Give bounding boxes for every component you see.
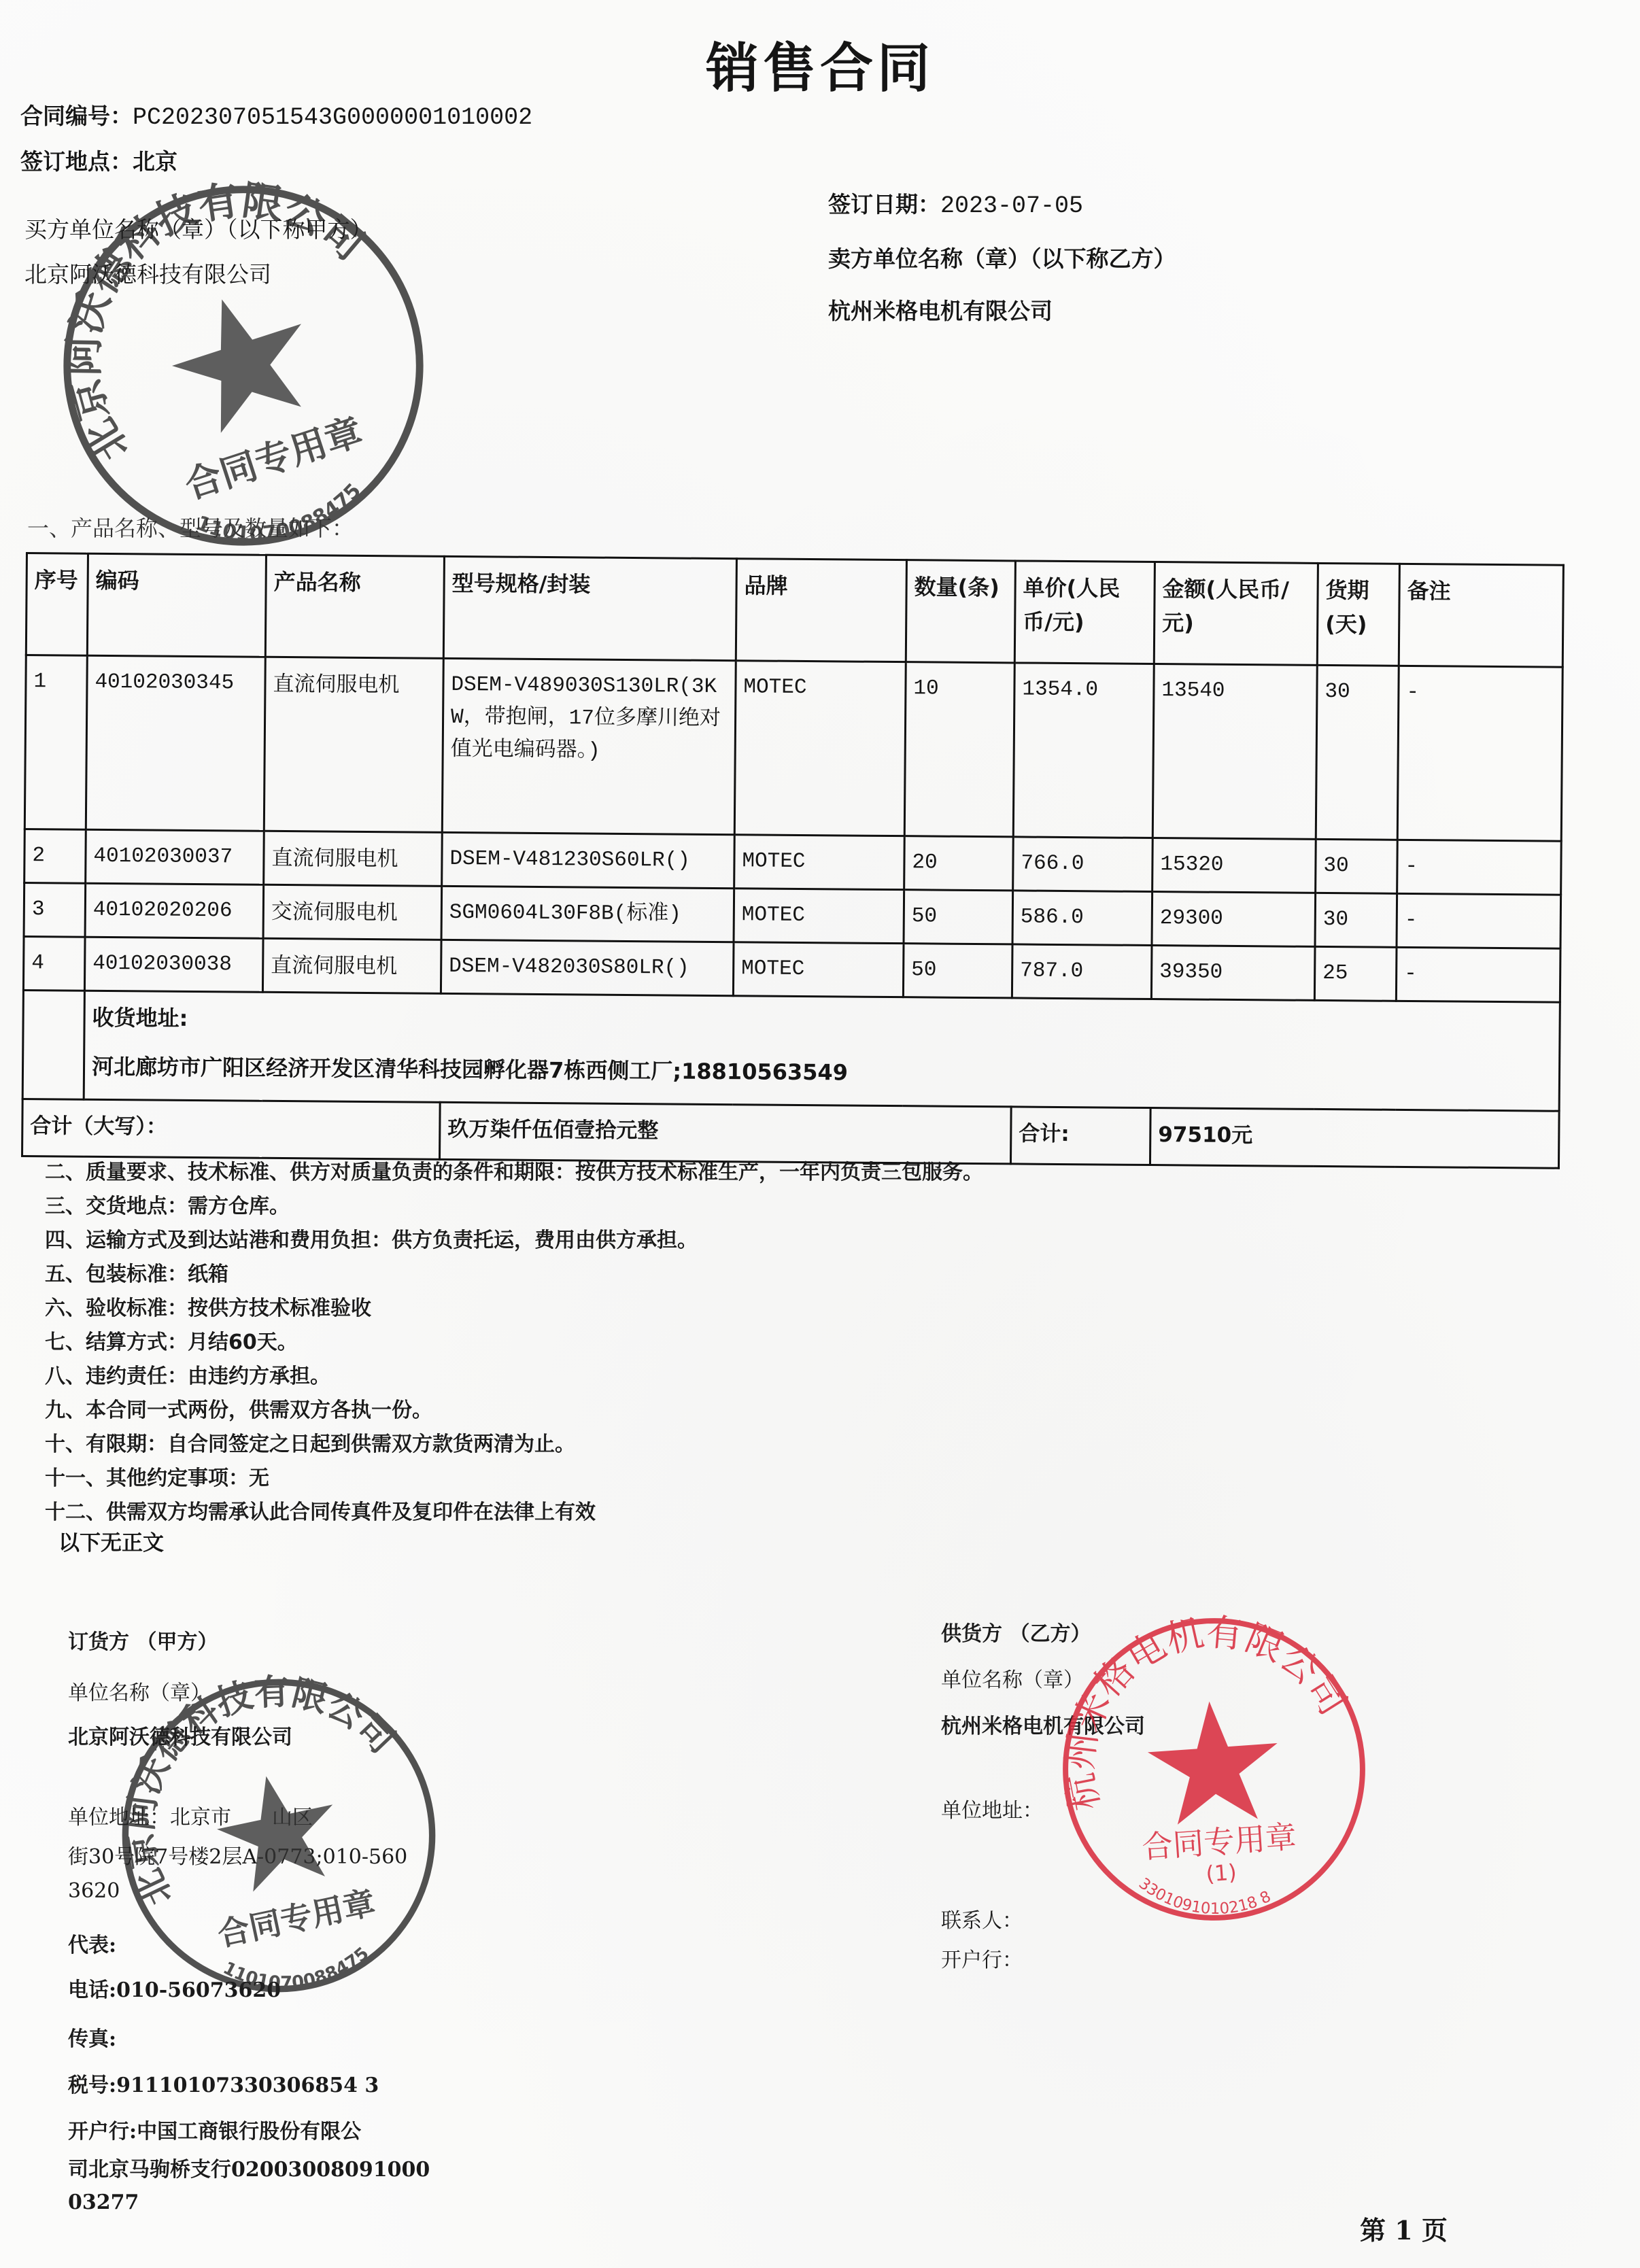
cell-name: 交流伺服电机 — [263, 884, 442, 940]
buyer-bank-label: 开户行: — [68, 2120, 137, 2144]
cell-remark: - — [1397, 666, 1562, 841]
col-header-unit-price: 单价(人民币/元) — [1014, 561, 1155, 664]
buyer-rep-label: 代表: — [68, 1928, 116, 1958]
term-item: 十一、其他约定事项：无 — [45, 1462, 983, 1496]
signing-place-value: 北京 — [133, 148, 177, 175]
term-item: 五、包装标准：纸箱 — [45, 1258, 983, 1292]
buyer-address: 单位地址：北京市 山区 — [68, 1800, 313, 1830]
signing-date: 签订日期：2023-07-05 — [828, 187, 1083, 220]
signing-date-label: 签订日期： — [828, 191, 940, 218]
col-header-remark: 备注 — [1399, 564, 1563, 667]
svg-text:合同专用章: 合同专用章 — [180, 410, 367, 507]
buyer-phone-label: 电话: — [68, 1978, 116, 2002]
cell-model: DSEM-V482030S80LR() — [441, 940, 734, 995]
seller-label: 卖方单位名称（章）（以下称乙方） — [828, 241, 1176, 273]
cell-code: 40102030037 — [86, 829, 264, 884]
signing-place-label: 签订地点： — [20, 148, 133, 175]
contract-terms: 二、质量要求、技术标准、供方对质量负责的条件和期限：按供方技术标准生产，一年内负… — [45, 1156, 983, 1530]
term-item: 四、运输方式及到达站港和费用负担：供方负责托运，费用由供方承担。 — [45, 1224, 983, 1258]
delivery-address-row: 收货地址: 河北廊坊市广阳区经济开发区清华科技园孵化器7栋西侧工厂;188105… — [22, 991, 1560, 1112]
cell-no: 2 — [24, 829, 86, 883]
cell-no: 4 — [23, 937, 85, 991]
total-upper-label: 合计（大写）： — [22, 1099, 441, 1160]
col-header-name: 产品名称 — [265, 555, 444, 658]
cell-name: 直流伺服电机 — [262, 938, 441, 993]
buyer-unit-name: 北京阿沃德科技有限公司 — [68, 1720, 292, 1750]
buyer-tax: 税号:91110107330306854 3 — [68, 2068, 379, 2098]
cell-brand: MOTEC — [734, 661, 906, 836]
total-value: 97510元 — [1150, 1108, 1559, 1169]
col-header-lead-time: 货期(天) — [1317, 563, 1399, 666]
col-header-model: 型号规格/封装 — [443, 556, 736, 660]
seller-block-heading: 供货方 （乙方） — [941, 1617, 1091, 1647]
cell-name: 直流伺服电机 — [264, 831, 443, 886]
delivery-address-label: 收货地址: — [92, 1001, 1552, 1046]
product-table: 序号 编码 产品名称 型号规格/封装 品牌 数量(条) 单价(人民币/元) 金额… — [21, 552, 1562, 1169]
end-of-text-note: 以下无正文 — [58, 1526, 164, 1556]
contract-number: 合同编号：PC202307051543G0000001010002 — [20, 99, 532, 131]
cell-brand: MOTEC — [734, 889, 904, 944]
cell-qty: 10 — [904, 662, 1014, 837]
term-item: 三、交货地点：需方仓库。 — [45, 1190, 983, 1224]
cell-qty: 20 — [904, 836, 1014, 891]
cell-unit-price: 1354.0 — [1013, 663, 1154, 838]
buyer-fax-label: 传真: — [68, 2022, 116, 2052]
col-header-qty: 数量(条) — [906, 560, 1015, 663]
buyer-block-heading: 订货方 （甲方） — [68, 1625, 218, 1655]
col-header-amount: 金额(人民币/元) — [1154, 562, 1318, 666]
table-row: 1 40102030345 直流伺服电机 DSEM-V489030S130LR(… — [24, 655, 1562, 842]
cell-code: 40102030038 — [84, 937, 263, 992]
buyer-address-label: 单位地址： — [68, 1806, 170, 1829]
col-header-code: 编码 — [87, 553, 266, 657]
total-upper-value: 玖万柒仟伍佰壹拾元整 — [440, 1102, 1012, 1164]
buyer-label: 买方单位名称（章）（以下称甲方） — [24, 212, 373, 244]
cell-brand: MOTEC — [733, 942, 904, 997]
section-products-heading: 一、产品名称、型号及数量如下： — [27, 511, 354, 543]
buyer-bank-line1: 中国工商银行股份有限公 — [137, 2120, 361, 2144]
buyer-tax-label: 税号: — [68, 2074, 116, 2097]
seller-name: 杭州米格电机有限公司 — [828, 294, 1053, 326]
contract-number-label: 合同编号： — [20, 103, 133, 129]
cell-amount: 13540 — [1152, 664, 1317, 840]
cell-remark: - — [1397, 840, 1562, 895]
cell-lead-time: 30 — [1316, 839, 1398, 893]
buyer-bank: 开户行:中国工商银行股份有限公 — [68, 2114, 361, 2144]
address-spacer-cell — [22, 991, 84, 1100]
cell-remark: - — [1397, 893, 1561, 948]
signing-date-value: 2023-07-05 — [940, 192, 1083, 220]
cell-model: DSEM-V481230S60LR() — [442, 832, 735, 888]
buyer-bank-line2: 司北京马驹桥支行02003008091000 — [68, 2152, 430, 2182]
cell-code: 40102030345 — [86, 655, 265, 831]
col-header-no: 序号 — [26, 553, 88, 656]
seller-bank-label: 开户行： — [941, 1943, 1023, 1973]
cell-unit-price: 586.0 — [1012, 891, 1152, 946]
seller-address-label: 单位地址： — [941, 1793, 1043, 1823]
term-item: 二、质量要求、技术标准、供方对质量负责的条件和期限：按供方技术标准生产，一年内负… — [45, 1156, 983, 1190]
buyer-address-line3: 3620 — [68, 1879, 120, 1903]
buyer-tax-value: 91110107330306854 3 — [116, 2074, 379, 2097]
cell-unit-price: 787.0 — [1012, 944, 1152, 999]
cell-no: 3 — [24, 883, 86, 938]
table-header-row: 序号 编码 产品名称 型号规格/封装 品牌 数量(条) 单价(人民币/元) 金额… — [26, 553, 1563, 668]
svg-text:北京阿沃德科技有限公司: 北京阿沃德科技有限公司 — [13, 135, 415, 472]
cell-qty: 50 — [904, 890, 1013, 944]
cell-name: 直流伺服电机 — [264, 657, 443, 832]
cell-lead-time: 30 — [1316, 665, 1399, 840]
cell-remark: - — [1396, 947, 1560, 1002]
buyer-address-line2: 街30号院7号楼2层A-0773;010-560 — [68, 1840, 407, 1870]
buyer-phone: 电话:010-56073620 — [68, 1973, 281, 2003]
page-number: 第 1 页 — [1360, 2210, 1448, 2247]
cell-model: SGM0604L30F8B(标准) — [441, 886, 734, 942]
buyer-phone-value: 010-56073620 — [116, 1978, 281, 2002]
term-item: 六、验收标准：按供方技术标准验收 — [45, 1292, 983, 1326]
term-item: 十、有限期：自合同签定之日起到供需双方款货两清为止。 — [45, 1428, 983, 1462]
delivery-address-value: 河北廊坊市广阳区经济开发区清华科技园孵化器7栋西侧工厂;18810563549 — [92, 1050, 1552, 1095]
cell-amount: 15320 — [1152, 838, 1316, 893]
signing-place: 签订地点：北京 — [20, 144, 177, 176]
buyer-signature-block: 订货方 （甲方） 单位名称（章） 北京阿沃德科技有限公司 单位地址：北京市 山区… — [68, 1625, 449, 2203]
term-item: 七、结算方式：月结60天。 — [45, 1326, 983, 1360]
delivery-address-cell: 收货地址: 河北廊坊市广阳区经济开发区清华科技园孵化器7栋西侧工厂;188105… — [84, 991, 1560, 1111]
col-header-brand: 品牌 — [736, 559, 906, 662]
seller-unit-name: 杭州米格电机有限公司 — [941, 1709, 1145, 1739]
document-title: 销售合同 — [0, 26, 1640, 102]
cell-lead-time: 30 — [1315, 893, 1397, 947]
cell-unit-price: 766.0 — [1013, 837, 1153, 892]
cell-qty: 50 — [903, 944, 1012, 998]
seller-contact-label: 联系人： — [941, 1904, 1023, 1934]
contract-number-value: PC202307051543G0000001010002 — [133, 104, 532, 131]
buyer-unit-name-label: 单位名称（章） — [68, 1676, 211, 1706]
total-label: 合计: — [1010, 1107, 1150, 1165]
buyer-bank-line3: 03277 — [68, 2190, 139, 2214]
term-item: 十二、供需双方均需承认此合同传真件及复印件在法律上有效 — [45, 1496, 983, 1530]
buyer-name: 北京阿沃德科技有限公司 — [24, 257, 271, 289]
cell-amount: 29300 — [1152, 892, 1316, 947]
cell-lead-time: 25 — [1314, 947, 1397, 1001]
term-item: 九、本合同一式两份，供需双方各执一份。 — [45, 1394, 983, 1428]
term-item: 八、违约责任：由违约方承担。 — [45, 1360, 983, 1394]
cell-brand: MOTEC — [734, 835, 905, 890]
cell-model: DSEM-V489030S130LR(3KW，带抱闸，17位多摩川绝对值光电编码… — [442, 658, 736, 834]
cell-amount: 39350 — [1151, 946, 1315, 1001]
seller-signature-block: 供货方 （乙方） 单位名称（章） 杭州米格电机有限公司 单位地址： 联系人： 开… — [941, 1617, 1485, 1997]
cell-code: 40102020206 — [85, 883, 264, 938]
seller-unit-name-label: 单位名称（章） — [941, 1663, 1084, 1693]
buyer-address-line1: 北京市 山区 — [170, 1806, 313, 1829]
cell-no: 1 — [24, 655, 87, 830]
